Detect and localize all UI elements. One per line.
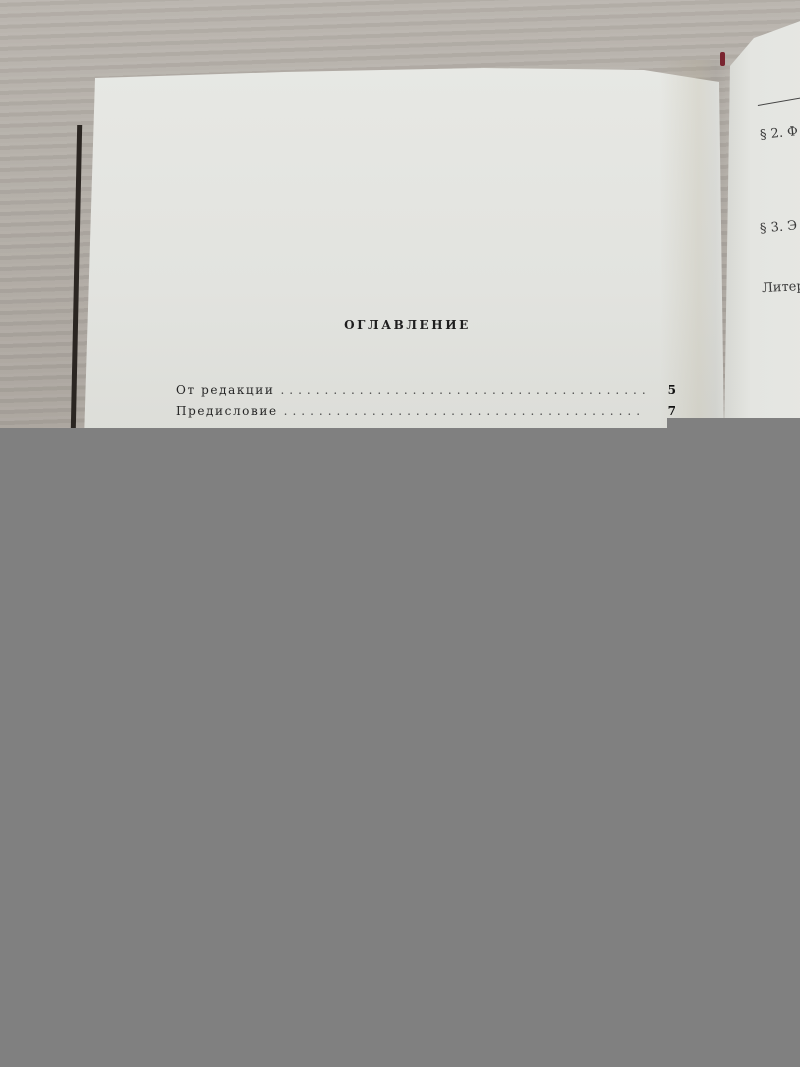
toc-heading: ОГЛАВЛЕНИЕ [0,318,800,332]
toc-dot-leader: ........................................… [284,404,646,418]
toc-dot-leader: ........................................… [280,383,646,397]
book-gutter-shadow [660,60,730,430]
toc-page-number: 5 [652,383,676,397]
toc-entry: От редакции ............................… [176,383,676,404]
bookmark-ribbon [720,52,725,66]
toc-page-number: 7 [652,404,676,418]
toc-entry: Предисловие ............................… [176,404,676,425]
right-page-line-3: Литер [762,279,800,296]
gray-mask-overlay [0,428,800,1067]
toc-entry-title: От редакции [176,383,274,397]
toc-entry-title: Предисловие [176,404,278,418]
table-of-contents: От редакции ............................… [176,383,676,425]
